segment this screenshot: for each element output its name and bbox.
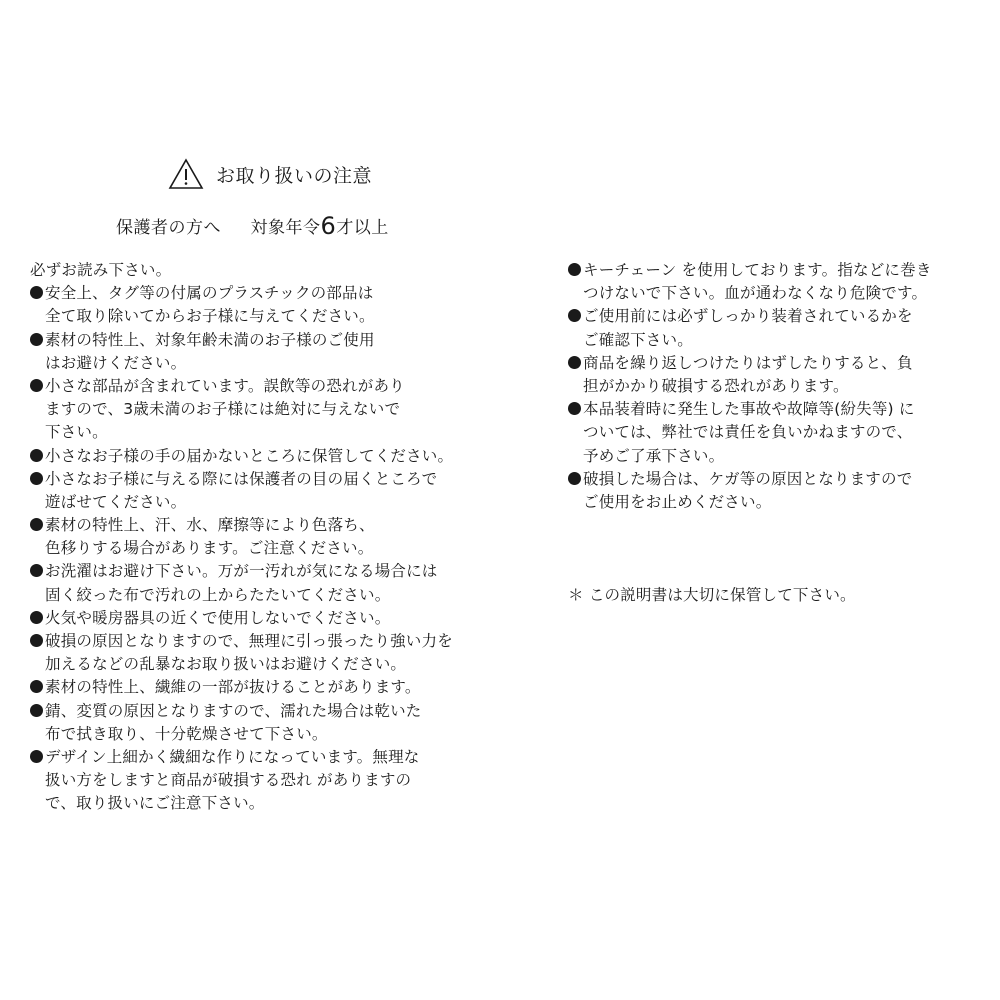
caution-item: キーチェーン を使用しております。指などに巻きつけないで下さい。血が通わなくなり… (568, 259, 988, 305)
caution-text: 破損した場合は、ケガ等の原因となりますので (583, 470, 912, 488)
right-column: キーチェーン を使用しております。指などに巻きつけないで下さい。血が通わなくなり… (568, 259, 988, 514)
caution-line-first: 火気や暖房器具の近くで使用しないでください。 (30, 607, 480, 630)
bullet-icon (30, 333, 43, 346)
bullet-icon (568, 472, 581, 485)
caution-line-continued: で、取り扱いにご注意下さい。 (30, 792, 480, 815)
audience-line: 保護者の方へ 対象年令6才以上 (116, 211, 389, 239)
warning-triangle-icon (168, 158, 204, 190)
caution-line-continued: 固く絞った布で汚れの上からたたいてください。 (30, 584, 480, 607)
caution-line-first: 安全上、タグ等の付属のプラスチックの部品は (30, 282, 480, 305)
caution-text: 素材の特性上、対象年齢未満のお子様のご使用 (45, 331, 375, 349)
bullet-icon (568, 402, 581, 415)
caution-line-continued: はお避けください。 (30, 352, 480, 375)
caution-item: 錆、変質の原因となりますので、濡れた場合は乾いた布で拭き取り、十分乾燥させて下さ… (30, 700, 480, 746)
bullet-icon (30, 680, 43, 693)
caution-text: 小さなお子様の手の届かないところに保管してください。 (45, 447, 453, 465)
caution-line-first: 素材の特性上、汗、水、摩擦等により色落ち、 (30, 514, 480, 537)
caution-line-first: キーチェーン を使用しております。指などに巻き (568, 259, 988, 282)
caution-item: 火気や暖房器具の近くで使用しないでください。 (30, 607, 480, 630)
caution-line-continued: 色移りする場合があります。ご注意ください。 (30, 537, 480, 560)
caution-text: 予めご了承下さい。 (583, 447, 724, 465)
caution-line-continued: 布で拭き取り、十分乾燥させて下さい。 (30, 723, 480, 746)
caution-line-continued: ご確認下さい。 (568, 329, 988, 352)
caution-text: 固く絞った布で汚れの上からたたいてください。 (45, 586, 390, 604)
caution-text: 素材の特性上、繊維の一部が抜けることがあります。 (45, 678, 421, 696)
caution-text: 素材の特性上、汗、水、摩擦等により色落ち、 (45, 516, 375, 534)
bullet-icon (30, 634, 43, 647)
caution-text: 安全上、タグ等の付属のプラスチックの部品は (45, 284, 373, 302)
caution-item: 小さなお子様に与える際には保護者の目の届くところで遊ばせてください。 (30, 468, 480, 514)
caution-line-continued: 予めご了承下さい。 (568, 445, 988, 468)
caution-line-continued: 全て取り除いてからお子様に与えてください。 (30, 305, 480, 328)
caution-item: 素材の特性上、汗、水、摩擦等により色落ち、色移りする場合があります。ご注意くださ… (30, 514, 480, 560)
caution-line-first: お洗濯はお避け下さい。万が一汚れが気になる場合には (30, 560, 480, 583)
caution-line-continued: ご使用をお止めください。 (568, 491, 988, 514)
caution-text: 加えるなどの乱暴なお取り扱いはお避けください。 (45, 655, 406, 673)
keep-instructions-note: ＊ この説明書は大切に保管して下さい。 (568, 583, 856, 605)
caution-text: 商品を繰り返しつけたりはずしたりすると、負 (583, 354, 913, 372)
caution-line-continued: 扱い方をしますと商品が破損する恐れ がありますの (30, 769, 480, 792)
caution-line-first: 破損した場合は、ケガ等の原因となりますので (568, 468, 988, 491)
left-column: 必ずお読み下さい。 安全上、タグ等の付属のプラスチックの部品は全て取り除いてから… (30, 259, 480, 816)
caution-line-continued: 加えるなどの乱暴なお取り扱いはお避けください。 (30, 653, 480, 676)
caution-line-continued: 遊ばせてください。 (30, 491, 480, 514)
caution-text: お洗濯はお避け下さい。万が一汚れが気になる場合には (45, 562, 438, 580)
caution-line-first: 小さな部品が含まれています。誤飲等の恐れがあり (30, 375, 480, 398)
caution-item: ご使用前には必ずしっかり装着されているかをご確認下さい。 (568, 305, 988, 351)
caution-line-continued: つけないで下さい。血が通わなくなり危険です。 (568, 282, 988, 305)
caution-text: で、取り扱いにご注意下さい。 (45, 794, 265, 812)
bullet-icon (568, 309, 581, 322)
audience-label: 保護者の方へ (116, 218, 221, 238)
bullet-icon (568, 263, 581, 276)
intro-text: 必ずお読み下さい。 (30, 259, 480, 282)
caution-text: つけないで下さい。血が通わなくなり危険です。 (583, 284, 927, 302)
caution-text: 扱い方をしますと商品が破損する恐れ がありますの (45, 771, 411, 789)
caution-text: 布で拭き取り、十分乾燥させて下さい。 (45, 725, 328, 743)
caution-text: 担がかかり破損する恐れがあります。 (583, 377, 849, 395)
caution-item: 本品装着時に発生した事故や故障等(紛失等) については、弊社では責任を負いかねま… (568, 398, 988, 468)
caution-line-continued: 担がかかり破損する恐れがあります。 (568, 375, 988, 398)
left-caution-list: 安全上、タグ等の付属のプラスチックの部品は全て取り除いてからお子様に与えてくださ… (30, 282, 480, 815)
bullet-icon (30, 472, 43, 485)
caution-item: 素材の特性上、繊維の一部が抜けることがあります。 (30, 676, 480, 699)
caution-text: ご確認下さい。 (583, 331, 693, 349)
caution-line-first: 素材の特性上、対象年齢未満のお子様のご使用 (30, 329, 480, 352)
age-suffix: 才以上 (336, 218, 389, 238)
caution-text: ついては、弊社では責任を負いかねますので、 (583, 423, 912, 441)
caution-item: 安全上、タグ等の付属のプラスチックの部品は全て取り除いてからお子様に与えてくださ… (30, 282, 480, 328)
caution-text: 全て取り除いてからお子様に与えてください。 (45, 307, 375, 325)
caution-item: 小さなお子様の手の届かないところに保管してください。 (30, 445, 480, 468)
caution-line-continued: 下さい。 (30, 421, 480, 444)
caution-text: はお避けください。 (45, 354, 186, 372)
caution-item: 商品を繰り返しつけたりはずしたりすると、負担がかかり破損する恐れがあります。 (568, 352, 988, 398)
caution-text: ご使用をお止めください。 (583, 493, 771, 511)
caution-text: 本品装着時に発生した事故や故障等(紛失等) に (583, 400, 915, 418)
caution-line-first: 小さなお子様の手の届かないところに保管してください。 (30, 445, 480, 468)
caution-item: 破損した場合は、ケガ等の原因となりますのでご使用をお止めください。 (568, 468, 988, 514)
caution-item: 破損の原因となりますので、無理に引っ張ったり強い力を加えるなどの乱暴なお取り扱い… (30, 630, 480, 676)
right-caution-list: キーチェーン を使用しております。指などに巻きつけないで下さい。血が通わなくなり… (568, 259, 988, 514)
caution-line-continued: ついては、弊社では責任を負いかねますので、 (568, 421, 988, 444)
bullet-icon (30, 379, 43, 392)
caution-text: 火気や暖房器具の近くで使用しないでください。 (45, 609, 390, 627)
bullet-icon (30, 286, 43, 299)
caution-text: キーチェーン を使用しております。指などに巻き (583, 261, 932, 279)
caution-line-first: 本品装着時に発生した事故や故障等(紛失等) に (568, 398, 988, 421)
caution-text: 破損の原因となりますので、無理に引っ張ったり強い力を (45, 632, 453, 650)
caution-text: 小さな部品が含まれています。誤飲等の恐れがあり (45, 377, 405, 395)
caution-line-first: 錆、変質の原因となりますので、濡れた場合は乾いた (30, 700, 480, 723)
caution-line-continued: ますので、3歳未満のお子様には絶対に与えないで (30, 398, 480, 421)
bullet-icon (30, 518, 43, 531)
age-value: 6 (321, 212, 337, 240)
caution-text: 小さなお子様に与える際には保護者の目の届くところで (45, 470, 437, 488)
caution-line-first: ご使用前には必ずしっかり装着されているかを (568, 305, 988, 328)
caution-line-first: 破損の原因となりますので、無理に引っ張ったり強い力を (30, 630, 480, 653)
caution-item: 素材の特性上、対象年齢未満のお子様のご使用はお避けください。 (30, 329, 480, 375)
bullet-icon (568, 356, 581, 369)
caution-text: 錆、変質の原因となりますので、濡れた場合は乾いた (45, 702, 422, 720)
bullet-icon (30, 449, 43, 462)
document-title: お取り扱いの注意 (168, 158, 372, 190)
caution-text: 色移りする場合があります。ご注意ください。 (45, 539, 373, 557)
caution-text: 下さい。 (45, 423, 108, 441)
caution-line-first: 商品を繰り返しつけたりはずしたりすると、負 (568, 352, 988, 375)
caution-item: お洗濯はお避け下さい。万が一汚れが気になる場合には固く絞った布で汚れの上からたた… (30, 560, 480, 606)
caution-text: デザイン上細かく繊細な作りになっています。無理な (45, 748, 419, 766)
caution-line-first: 小さなお子様に与える際には保護者の目の届くところで (30, 468, 480, 491)
caution-item: 小さな部品が含まれています。誤飲等の恐れがありますので、3歳未満のお子様には絶対… (30, 375, 480, 445)
caution-line-first: 素材の特性上、繊維の一部が抜けることがあります。 (30, 676, 480, 699)
bullet-icon (30, 564, 43, 577)
caution-text: ますので、3歳未満のお子様には絶対に与えないで (45, 400, 400, 418)
caution-item: デザイン上細かく繊細な作りになっています。無理な扱い方をしますと商品が破損する恐… (30, 746, 480, 816)
bullet-icon (30, 750, 43, 763)
age-label: 対象年令 (251, 218, 321, 238)
caution-line-first: デザイン上細かく繊細な作りになっています。無理な (30, 746, 480, 769)
bullet-icon (30, 611, 43, 624)
caution-text: 遊ばせてください。 (45, 493, 186, 511)
title-text: お取り扱いの注意 (216, 161, 372, 188)
caution-text: ご使用前には必ずしっかり装着されているかを (583, 307, 913, 325)
bullet-icon (30, 704, 43, 717)
